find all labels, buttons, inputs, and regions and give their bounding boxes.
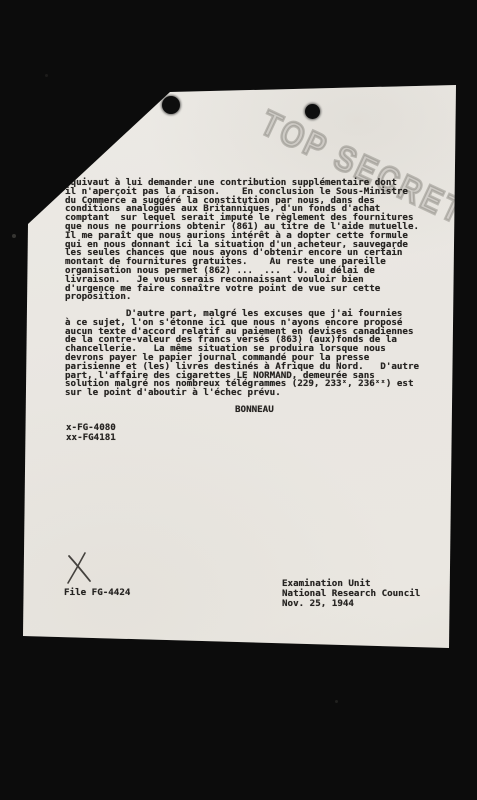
document-scan: TOP SECRET équivaut à lui demander une c… — [0, 0, 477, 800]
body-paragraph-2: D'autre part, malgré les excuses que j'a… — [65, 310, 419, 398]
file-number: File FG-4424 — [64, 589, 130, 598]
reference-numbers: x-FG-4080 xx-FG4181 — [66, 423, 116, 443]
signature: BONNEAU — [235, 406, 274, 415]
dust-speck — [335, 700, 338, 703]
punch-hole-right-icon — [305, 104, 320, 119]
dust-speck — [45, 74, 48, 77]
punch-hole-left-icon — [162, 96, 180, 114]
body-paragraph-1: équivaut à lui demander une contribution… — [65, 179, 419, 302]
handwritten-x-mark-icon — [64, 550, 94, 585]
dust-speck — [12, 234, 16, 238]
attribution-block: Examination Unit National Research Counc… — [282, 579, 420, 609]
paper-sheet: TOP SECRET équivaut à lui demander une c… — [0, 0, 477, 800]
